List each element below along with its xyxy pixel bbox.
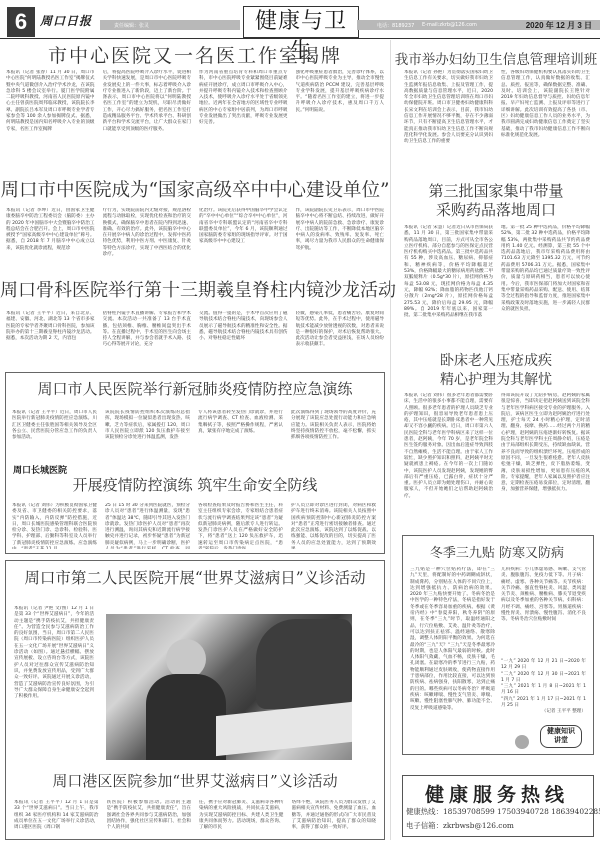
article-column: 作，该院副院长史卫东表示，周口市中医院脑卒中中心将不断总结、持续改进，做好开展卒… — [296, 208, 385, 270]
headline-line: 精心护理为其解忧 — [392, 371, 600, 390]
article-body: 本报讯（记者 王平平）近日，周口市人民医院举行新冠肺炎疫情防控应急演练。川汇区卫… — [12, 410, 376, 448]
article-headline: 市中心医院又一名医工作室揭牌 — [0, 41, 390, 68]
article-headline: 我市举办妇幼卫生信息管理培训班 — [392, 48, 600, 68]
article-headline: 周口市中医院成为“国家高级卒中中心建设单位” — [0, 176, 390, 202]
article-column: 括脊柱内镜手术直播讲解、专家报告和学术交流。本次活动一共准备了 13 台手术直播… — [103, 311, 192, 361]
hotline-email-address[interactable]: zkrbwsb@126.com — [443, 821, 514, 830]
article-column: 轻微，感染几率低，患者痛苦轻、康复时间短等优势。此外，在手术过程中，使用磁导航技… — [296, 311, 385, 361]
article-column: 本报讯（记者 孙艳）为贯彻落实国家妇幼卫生信息工作有关要求，切实做好我市妇幼卫生… — [404, 70, 493, 160]
headline-line: 第三批国家集中带量 — [392, 182, 600, 201]
masthead-bar-right: 电话：8189237 E-mail:zkrb@126.com 2020 年 12… — [357, 20, 600, 30]
article-column: 任，携手应对新冠肺炎、艾滋病等各种传染病的重大风险挑战，共同抗击艾滋病，为实现艾… — [199, 800, 284, 835]
article-headline: 周口市人民医院举行新冠肺炎疫情防控应急演练 — [5, 378, 385, 399]
article-body: 本报讯（记者 张春）11 月 30 日，周口市中心医院“何明陆教授名医工作室”揭… — [6, 70, 384, 160]
news-photo — [106, 614, 352, 760]
article-column: 疗行为，实现院前院内无缝对接，规范溶栓流程与动脉取栓，实现优化检查和治疗的交换模… — [103, 208, 192, 270]
article-column: 得知该院开设了无陪护病房，赵阿姨的家属很是惊喜，当即决定把赵阿姨送到该院全科与老… — [501, 393, 590, 525]
article-column: 交流。值得一提的是，手术中首次应用了磁导航技术结合脊柱内镜技术，向现场参会人员展… — [199, 311, 288, 361]
masthead-email: E-mail:zkrb@126.com — [422, 22, 477, 28]
article-column: 后，将提高医院呼吸介入诊疗水平，促进相关学科快速发展，是周口市中心医院呼吸专业发… — [103, 70, 192, 160]
article-column: 本报讯（记者 李坤）近日，由国家卫生健康委脑卒中防治工程委员会（脑防委）主办的 … — [6, 208, 95, 270]
article-headline: 第三批国家集中带量 采购药品落地周口 — [392, 182, 600, 220]
article-headline: 周口骨科医院举行第十三期羲皇脊柱内镜沙龙活动 — [0, 276, 390, 302]
article-column: 本报讯（记者 王平平）12 月 1 日是第 33 个“世界艾滋病日”。当日上午，… — [14, 800, 99, 835]
issue-date: 2020 年 12 月 3 日 — [526, 20, 592, 31]
article-body: 三九贴是一种穴位贴药疗法，即在“三九”天里，将配制好的中药调糊成饼状，制成膏药，… — [410, 567, 586, 749]
schedule-item: “二九” 2020 年 12 月 30 日~2021 年 1 月 7 日 — [501, 672, 586, 685]
article-column: 25 日 15 时 30 分来到医院就医，预检分诊人员对“患者”进行体温测量，发… — [105, 503, 190, 549]
article-headline: 周口港区医院参加“世界艾滋病日”义诊活动 — [5, 770, 385, 791]
hotline-phone-numbers: 18539708599 17503940728 18639402285 — [443, 807, 600, 816]
masthead-rule — [0, 38, 600, 39]
article-headline: 开展疫情防控演练 筑牢生命安全防线 — [5, 474, 385, 495]
article-column: 强化呼吸重症患者救治，完善诊疗体系，以市中心医院呼吸专业为主导，推动全市慢性气道… — [296, 70, 385, 160]
article-column: 本报讯（记者 王平平）近日，周口市人民医院举行新冠肺炎疫情防控应急演练。川汇区卫… — [12, 410, 97, 448]
article-headline: 周口市第二人民医院开展“世界艾滋病日”义诊活动 — [5, 566, 385, 588]
article-headline: 卧床老人压疮成疾 精心护理为其解忧 — [392, 352, 600, 390]
hotline-email: 电子信箱：zkrbwsb@126.com — [406, 820, 592, 831]
article-column: 地。第一批 25 种中选药品，价格平均降幅 52%，第二批 32 种中选药品，价… — [501, 225, 590, 335]
article-column: 儿科疾病：小儿体虚易感、咳嗽、支气管炎、腹胀腹泻、免疫力低下等。月子病：痛经、虚… — [501, 567, 586, 749]
hotline-title: 健康服务热线 — [402, 780, 592, 807]
photo-table-papers — [216, 702, 352, 756]
article-column: 性，各级妇幼保健机构要认真落实妇幼卫生信息管理工作，认真做好数据的收集、汇总、质… — [501, 70, 590, 160]
article-column: 本报讯（记者 刘伟）很多老年患者都需要卧床，生活中的很多小事都不能自理，需要有人… — [404, 393, 493, 525]
article-column: 本报讯（记者 张春）11 月 30 日，周口市中心医院“何明陆教授名医工作室”揭… — [6, 70, 95, 160]
photo-figure-worker — [256, 619, 352, 709]
article-column: 各项检查结果及时报告协和医生主任，科室主任组织专家会诊，专家组结合患者症状与流行… — [198, 503, 283, 549]
schedule-item: “一九” 2020 年 12 月 21 日~2020 年 12 月 29 日 — [501, 659, 586, 672]
article-column: 专人将该患者转至发热门诊就诊，并进行流行病学调查、CT 检查、血液检测、采集咽拭… — [198, 410, 283, 448]
article-column: 本报讯（记者 刘伟）为积极贯彻国家卫健委及省、市卫健委的相关防控要求，落实“内防… — [12, 503, 97, 549]
schedule-item: “三九” 2021 年 1 月 8 日~2021 年 1 月 16 日 — [501, 684, 586, 697]
article-column: 铁医院）积极参加活动。活动的主题是“携手防疫抗艾，共担健康责任”，旨在强调社会各… — [107, 800, 192, 835]
cartoon-doctor-icon — [515, 735, 529, 749]
page-number: 6 — [7, 7, 35, 37]
masthead-bar-left: 责任编辑：张灵 — [100, 20, 240, 30]
schedule-list: “一九” 2020 年 12 月 21 日~2020 年 12 月 29 日 “… — [501, 659, 586, 716]
article-column: 此次演练得到了现场领导的高度评价，充分展现了该院应急处置行动能力和应急响应能力。… — [291, 410, 376, 448]
article-column: 作为河南省重点培育专科和周口市重点专科，市中心医院呼吸专业紧紧围绕目前疑难病症开… — [199, 70, 288, 160]
photo-figure-head — [166, 639, 206, 679]
article-body: 本报讯（记者 王平平）12 月 1 日是第 33 个“世界艾滋病日”。当日上午，… — [14, 800, 376, 835]
schedule-item: “四九” 2021 年 1 月 17 日~2021 年 1 月 25 日 — [501, 697, 586, 710]
editor-info: 责任编辑：张灵 — [114, 22, 149, 29]
column-divider — [390, 40, 391, 840]
article-body: 本报讯（记者 孙艳）为贯彻落实国家妇幼卫生信息工作有关要求，切实做好我市妇幼卫生… — [404, 70, 590, 160]
article-column: 该院院长疫情防控组织本次演练的总指挥，现场模拟一位疑似患者出现发热、咳嗽、乏力等… — [105, 410, 190, 448]
headline-line: 采购药品落地周口 — [392, 201, 600, 220]
article-body: 本报讯（记者 王平平）近日，来自北京、福建、安徽、河北、湖北等 13 个省市多家… — [6, 311, 384, 361]
article-column: 本报讯（记者 宋慧）记者近日从市医保局获悉，11 月 30 日，第三批国家集中带… — [404, 225, 493, 335]
section-title: 健康与卫生 — [243, 6, 359, 38]
article-body: 本报讯（记者 刘伟）很多老年患者都需要卧床，生活中的很多小事都不能自理，需要有人… — [404, 393, 590, 525]
headline-line: 卧床老人压疮成疾 — [392, 352, 600, 371]
article-headline: 冬季三九贴 防寒又防病 — [402, 542, 592, 561]
article-body: 本报讯（记者 尹艳 文/图）12 月 1 日是第 33 个“世界艾滋病日”，今年… — [14, 606, 94, 756]
masthead-phone: 电话：8189237 — [377, 22, 414, 29]
photo-figure-body — [146, 674, 226, 760]
article-body: 本报讯（记者 刘伟）为积极贯彻国家卫健委及省、市卫健委的相关防控要求，落实“内防… — [12, 503, 376, 549]
article-body: 本报讯（记者 李坤）近日，由国家卫生健康委脑卒中防治工程委员会（脑防委）主办的 … — [6, 208, 384, 270]
article-byline: （记者 王平平 整理） — [501, 709, 586, 715]
article-column: 化治疗。该院先后获得中国脑卒中学会认定的“卒中中心单位”“综合卒中中心单位”，河… — [199, 208, 288, 270]
paper-logo: 周口日报 — [40, 12, 92, 29]
article-body: 本报讯（记者 宋慧）记者近日从市医保局获悉，11 月 30 日，第三批国家集中带… — [404, 225, 590, 335]
article-column: 三九贴是一种穴位贴药疗法，即在“三九”天里，将配制好的中药调糊成饼状，制成膏药，… — [410, 567, 495, 749]
hotline-phones: 健康热线：18539708599 17503940728 18639402285 — [406, 806, 592, 817]
article-column-text: 儿科疾病：小儿体虚易感、咳嗽、支气管炎、腹胀腹泻、免疫力低下等。月子病：痛经、虚… — [501, 567, 586, 659]
health-knowledge-badge: 健康知识 讲堂 — [540, 725, 582, 748]
article-column: 络绎不绝，该院医务人员为群众发放了艾滋病相关宣传材料、免费测量了血压、血糖等，并… — [292, 800, 377, 835]
article-column: 护人员立即对诊区进行封闭，对病区和救护车进行终末消毒。该院相关人员按照中国疾病预… — [291, 503, 376, 549]
article-column: 本报讯（记者 王平平）近日，来自北京、福建、安徽、河北、湖北等 13 个省市多家… — [6, 311, 95, 361]
